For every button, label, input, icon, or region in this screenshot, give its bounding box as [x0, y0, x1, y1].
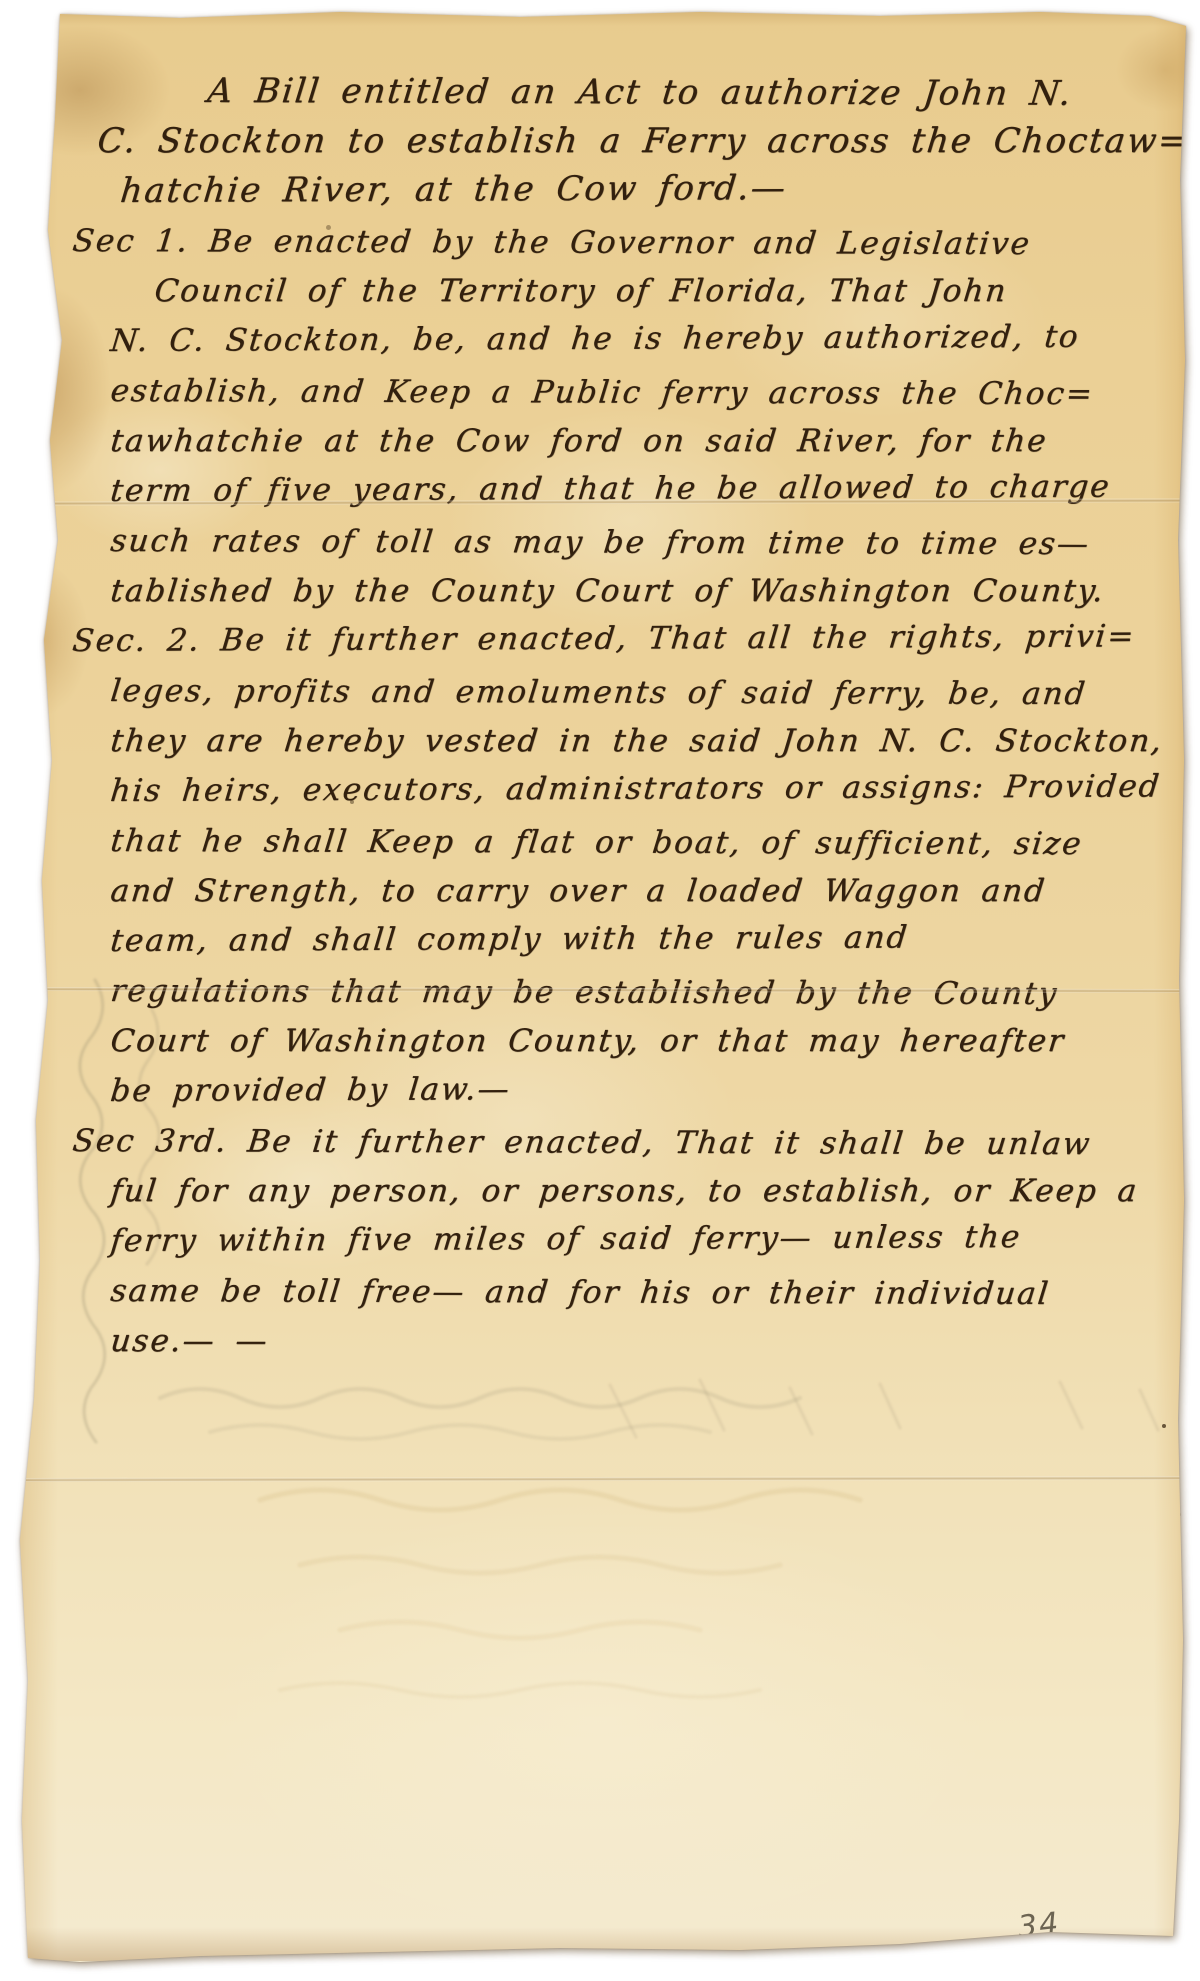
manuscript-line: hatchie River, at the Cow ford.— — [118, 161, 1200, 216]
manuscript-line: regulations that may be established by t… — [108, 966, 1200, 1019]
document-canvas: A Bill entitled an Act to authorize John… — [0, 0, 1200, 1981]
manuscript-line: that he shall Keep a flat or boat, of su… — [108, 816, 1200, 869]
manuscript-line: establish, and Keep a Public ferry acros… — [108, 366, 1200, 419]
manuscript-line: C. Stockton to establish a Ferry across … — [95, 116, 1200, 166]
manuscript-line: N. C. Stockton, be, and he is hereby aut… — [108, 311, 1200, 366]
manuscript-line: be provided by law.— — [108, 1061, 1200, 1116]
edge-stain-top — [0, 0, 1200, 26]
ghost-stroke — [280, 1683, 760, 1697]
fold-crease-3 — [24, 1476, 1180, 1482]
ghost-stroke — [300, 1557, 780, 1573]
manuscript-line: ful for any person, or persons, to estab… — [108, 1166, 1200, 1216]
manuscript-paper: A Bill entitled an Act to authorize John… — [0, 0, 1200, 1981]
manuscript-line: they are hereby vested in the said John … — [108, 716, 1200, 766]
manuscript-line: A Bill entitled an Act to authorize John… — [205, 66, 1200, 119]
manuscript-line: use.— — — [108, 1316, 1200, 1366]
ghost-stroke — [160, 1389, 800, 1407]
page-number-annotation: 34 — [1016, 1906, 1062, 1945]
manuscript-line: Sec 3rd. Be it further enacted, That it … — [70, 1116, 1200, 1170]
ghost-stroke — [260, 1490, 860, 1510]
manuscript-lines: A Bill entitled an Act to authorize John… — [0, 66, 1200, 1366]
manuscript-line: and Strength, to carry over a loaded Wag… — [108, 866, 1200, 916]
ink-speck — [1180, 1512, 1184, 1517]
manuscript-line: tablished by the County Court of Washing… — [108, 566, 1200, 616]
manuscript-line: tawhatchie at the Cow ford on said River… — [108, 416, 1200, 466]
paper-shadow-wrap: A Bill entitled an Act to authorize John… — [0, 0, 1200, 1981]
ghost-stroke — [610, 1380, 1158, 1437]
manuscript-line: term of five years, and that he be allow… — [108, 461, 1200, 516]
ghost-stroke — [210, 1425, 710, 1439]
manuscript-line: same be toll free— and for his or their … — [108, 1266, 1200, 1319]
manuscript-line: Court of Washington County, or that may … — [108, 1016, 1200, 1066]
manuscript-line: Sec. 2. Be it further enacted, That all … — [70, 611, 1200, 666]
manuscript-line: leges, profits and emoluments of said fe… — [108, 666, 1200, 719]
manuscript-line: Sec 1. Be enacted by the Governor and Le… — [70, 216, 1200, 270]
ghost-stroke — [340, 1622, 700, 1638]
manuscript-line: ferry within five miles of said ferry— u… — [108, 1211, 1200, 1266]
manuscript-line: such rates of toll as may be from time t… — [108, 516, 1200, 569]
manuscript-line: his heirs, executors, administrators or … — [108, 761, 1200, 816]
manuscript-line: team, and shall comply with the rules an… — [108, 911, 1200, 966]
ink-speck — [1162, 1424, 1166, 1428]
manuscript-line: Council of the Territory of Florida, Tha… — [152, 266, 1200, 316]
